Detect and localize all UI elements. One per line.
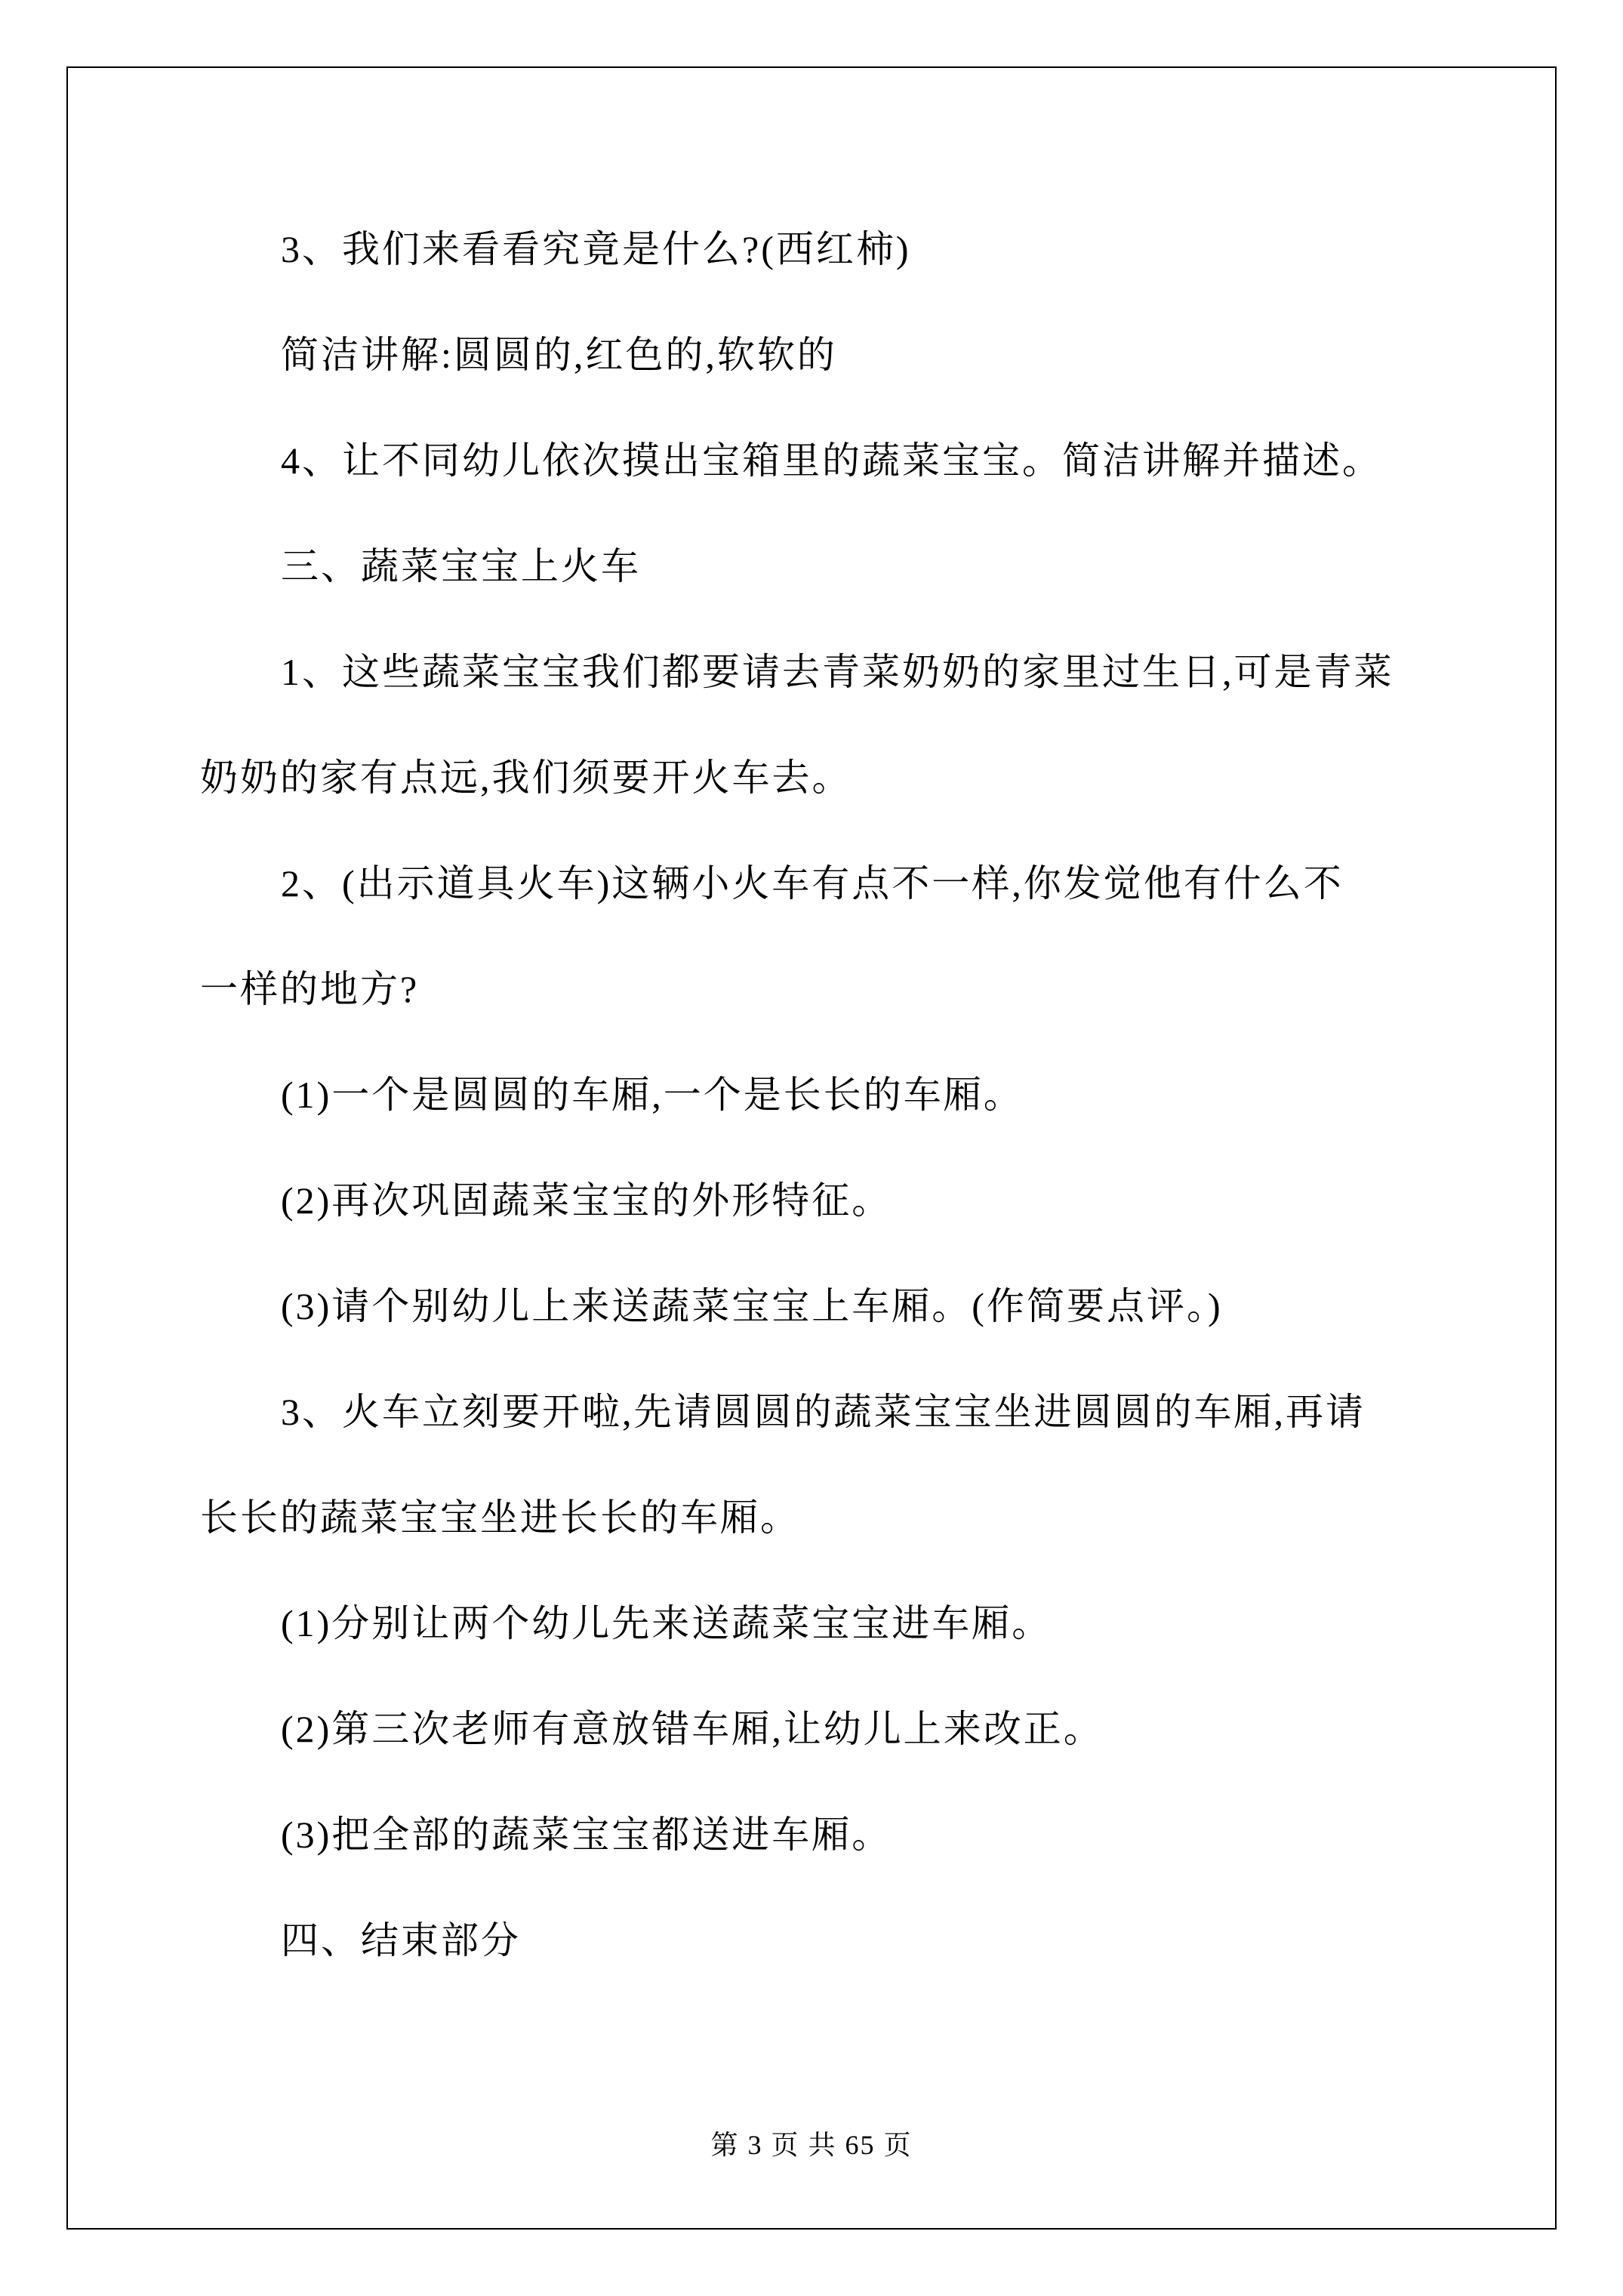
document-body: 3、我们来看看究竟是什么?(西红柿)简洁讲解:圆圆的,红色的,软软的4、让不同幼…: [200, 196, 1438, 1993]
text-line: (3)把全部的蔬菜宝宝都送进车厢。: [200, 1782, 1438, 1888]
text-line: (3)请个别幼儿上来送蔬菜宝宝上车厢。(作简要点评。): [200, 1253, 1438, 1359]
text-line: 一样的地方?: [200, 936, 1438, 1042]
text-line: 3、我们来看看究竟是什么?(西红柿): [200, 196, 1438, 302]
text-line: 2、(出示道具火车)这辆小火车有点不一样,你发觉他有什么不: [200, 831, 1438, 936]
text-line: (2)第三次老师有意放错车厢,让幼儿上来改正。: [200, 1676, 1438, 1782]
page-footer: 第 3 页 共 65 页: [0, 2125, 1623, 2165]
text-line: 长长的蔬菜宝宝坐进长长的车厢。: [200, 1465, 1438, 1570]
text-line: 四、结束部分: [200, 1888, 1438, 1993]
text-line: (1)分别让两个幼儿先来送蔬菜宝宝进车厢。: [200, 1570, 1438, 1676]
text-line: 1、这些蔬菜宝宝我们都要请去青菜奶奶的家里过生日,可是青菜: [200, 619, 1438, 725]
text-line: 3、火车立刻要开啦,先请圆圆的蔬菜宝宝坐进圆圆的车厢,再请: [200, 1359, 1438, 1465]
text-line: 4、让不同幼儿依次摸出宝箱里的蔬菜宝宝。简洁讲解并描述。: [200, 408, 1438, 513]
text-line: 奶奶的家有点远,我们须要开火车去。: [200, 725, 1438, 831]
text-line: (1)一个是圆圆的车厢,一个是长长的车厢。: [200, 1042, 1438, 1148]
text-line: 简洁讲解:圆圆的,红色的,软软的: [200, 302, 1438, 408]
text-line: 三、蔬菜宝宝上火车: [200, 513, 1438, 619]
text-line: (2)再次巩固蔬菜宝宝的外形特征。: [200, 1148, 1438, 1253]
